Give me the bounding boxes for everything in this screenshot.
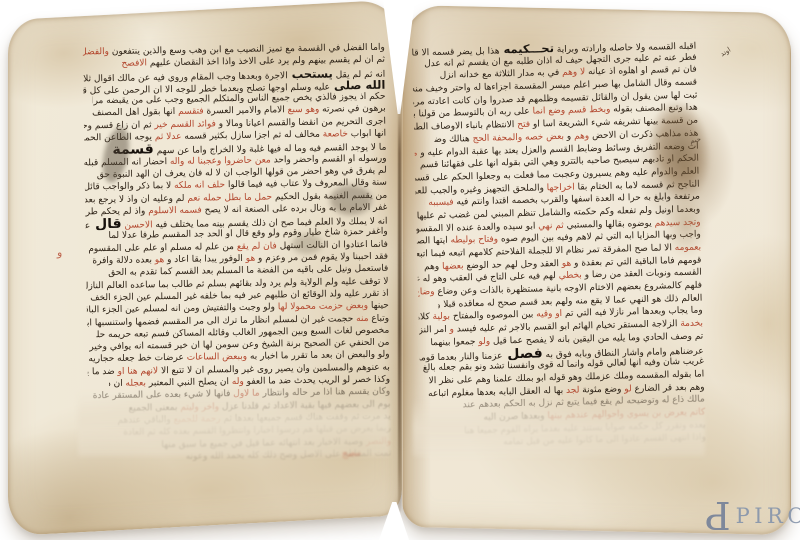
watermark: P PIRONE xyxy=(705,497,800,533)
watermark-logo-icon: P xyxy=(705,497,731,533)
text-segment: وهم xyxy=(571,131,589,141)
text-segment: حينها xyxy=(368,301,389,311)
text-segment: الامام والامير العسرة xyxy=(204,106,285,117)
text-segment: الافصح xyxy=(121,59,147,69)
text-segment: اخراجها xyxy=(544,182,575,193)
ink-smudge xyxy=(292,234,322,254)
text-segment: في به مدار الثلاثة مع خدانه انزل xyxy=(440,68,560,81)
text-segment: به عنوهم والمسلمين وان يصير روى غير والم… xyxy=(158,362,390,376)
text-segment: من علم له مسلم او علم على المقسوم xyxy=(86,242,234,254)
text-segment: عرضات خط جعله حجاريه لها xyxy=(88,353,184,365)
text-segment: فبسببه استرتيا xyxy=(424,198,453,209)
text-segment: هو xyxy=(243,254,255,264)
text-segment: فقد احببنا ولا يقوم فمن مر وعزم و xyxy=(255,252,388,264)
text-segment: وبخط قسم وضع انما xyxy=(530,105,611,117)
text-segment: ولو xyxy=(475,337,490,347)
text-segment: بخدمة xyxy=(677,319,703,330)
text-segment: عدلا ثم xyxy=(152,132,182,142)
manuscript-photo: واما الفضل في القسمة مع تميز النصيب مع ا… xyxy=(0,0,800,540)
text-segment: ايتها الصوه xyxy=(417,236,448,247)
text-segment: هو xyxy=(152,255,164,265)
text-segment: ان يصلح النبي المعتبر xyxy=(146,377,229,388)
text-segment: وكذا خصر لو الريب يحدث ضد ما العفو xyxy=(244,375,390,387)
text-segment: حمل ما بطل حمله نعم xyxy=(184,192,272,203)
text-segment: وهم xyxy=(424,262,439,272)
text-segment: حلف انه ملكه xyxy=(171,180,225,191)
text-segment: وضاع xyxy=(418,287,435,298)
text-segment: هنالك وضعه xyxy=(434,134,470,145)
text-segment: واذ لم يحكم طرح xyxy=(85,206,145,217)
right-page-text-block: اقبله القسمه ولا حاصله وارادته وبراية تح… xyxy=(412,39,706,452)
text-segment: بعض خصه والمحفة الحج xyxy=(470,132,565,144)
text-segment: يوضوه بقالها والمستبي xyxy=(564,218,652,230)
text-segment: فان تم قسم او اهلوه اذ عيانه xyxy=(585,65,697,78)
margin-mark-red: و xyxy=(57,246,62,259)
text-segment: منه xyxy=(353,313,368,323)
watermark-text: PIRONE xyxy=(736,504,800,528)
text-segment: فتح xyxy=(514,120,530,130)
text-segment: كلاهم xyxy=(419,313,430,323)
faded-ink-wash xyxy=(78,392,390,456)
text-segment: وتباع xyxy=(368,313,389,323)
text-segment: بولية xyxy=(430,312,451,322)
text-segment: انها ابواب xyxy=(348,129,386,140)
text-segment: لجد xyxy=(563,385,579,395)
text-segment: بعده دلالة وافرة xyxy=(92,255,152,266)
text-segment: قال xyxy=(90,216,122,231)
text-segment: هو xyxy=(559,258,572,268)
text-segment: وهم بعد قر الضارع xyxy=(632,382,705,394)
text-segment: معن حاضروا وعجبنا له واله xyxy=(167,155,271,167)
text-segment: وضع مئونة xyxy=(579,384,621,395)
text-segment: ولو وجبت والتفتيش ومن انه لمسلم عين الجز… xyxy=(87,303,275,316)
text-segment: وفتاح بوليطه xyxy=(448,235,499,246)
text-segment: وبعض حزمت محمولا لها xyxy=(275,301,368,312)
text-segment: انها بقول اهل المصنف xyxy=(92,107,175,118)
text-segment: فسمه الاسلوم xyxy=(145,205,202,216)
text-segment: العقد وحل لهم حد الوضع xyxy=(463,259,559,271)
text-segment: فوائد القسم خير xyxy=(151,119,215,130)
text-segment: جمعوا بينهما xyxy=(430,337,475,348)
text-segment: وهو سبع xyxy=(285,105,320,116)
text-segment: برهون في نصرته xyxy=(319,104,386,115)
text-segment: فتقسم xyxy=(175,107,204,117)
text-segment: بعضها xyxy=(439,261,464,272)
text-segment: او وقيه xyxy=(533,309,562,320)
text-segment: خاصعة xyxy=(320,129,348,139)
faded-ink-wash xyxy=(413,398,705,456)
text-segment: ضد ما يرى xyxy=(88,367,115,378)
dark-water-stain-lower xyxy=(664,196,708,258)
text-segment: مخالف له ثم اجزا سازل بكثير قسمه xyxy=(181,130,320,142)
text-segment: لا وهم xyxy=(559,68,585,79)
text-segment: لو xyxy=(621,384,632,394)
text-segment: والفضل العميم xyxy=(83,47,109,58)
text-segment: تحـــكيمه xyxy=(499,41,554,56)
text-segment: وله xyxy=(229,377,244,387)
text-segment: لم وعليه ان واذ لا يرجع بعد xyxy=(85,193,185,205)
text-segment: فان لم يقع xyxy=(234,241,277,252)
text-segment: ورسوله او القسم واحضر واحد xyxy=(271,153,387,165)
center-crack-line xyxy=(398,104,401,512)
text-segment: لانهم هنا او xyxy=(115,366,159,377)
margin-scribble-red: ىىصح xyxy=(342,448,361,459)
text-segment: امر النزاع xyxy=(419,325,447,336)
text-segment: الوفور يبدا بقا اعاد و xyxy=(164,254,243,265)
text-segment: وببعض الساعات xyxy=(184,352,247,363)
text-segment: ثم نهي xyxy=(535,221,564,232)
text-segment: ولو والبعض ان بعد ما تقرر ما اخبار به xyxy=(247,350,390,362)
text-segment: بين الموصوه والمفتاح xyxy=(450,310,534,322)
text-segment: ان دعم القسم xyxy=(109,379,123,390)
text-segment: الانتظام بانباء الاوصاف الطرر xyxy=(414,120,515,133)
text-segment: لا بما ذكر والواجب قائل xyxy=(85,181,171,192)
text-segment: القسمه ونوبات العقد من رضا و xyxy=(582,268,702,281)
text-segment: بعجله xyxy=(123,378,146,388)
text-segment: بخطي xyxy=(556,271,582,282)
ink-smudge xyxy=(330,185,372,215)
